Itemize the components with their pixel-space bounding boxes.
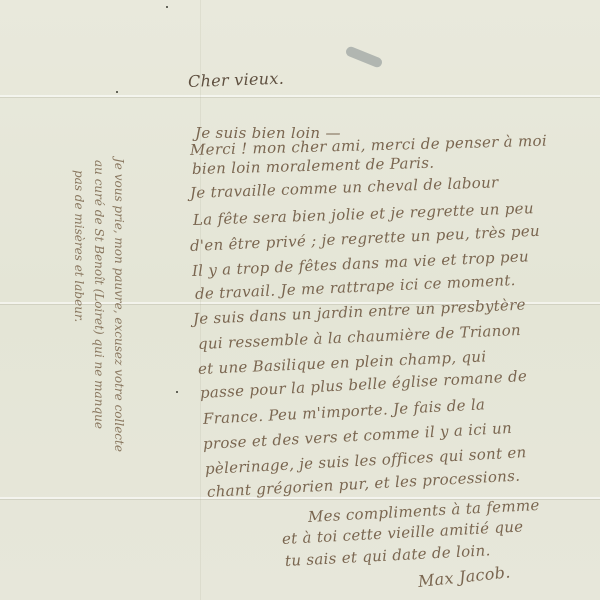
margin-note-line: pas de misères et labeur. (72, 170, 86, 322)
letter-line: Je travaille comme un cheval de labour (190, 173, 499, 202)
ink-stain (345, 45, 384, 69)
margin-note-line: Je vous prie, mon pauvre, excusez votre … (112, 158, 126, 452)
letter-signature: Max Jacob. (417, 562, 511, 591)
fold-line (0, 95, 600, 97)
margin-note-line: au curé de St Benoît (Loiret) qui ne man… (92, 160, 106, 429)
paper-speck (166, 6, 168, 8)
letter-greeting: Cher vieux. (188, 69, 285, 91)
letter-page: Cher vieux. Je suis bien loin — Merci ! … (0, 0, 600, 600)
paper-speck (176, 391, 178, 393)
paper-speck (116, 91, 118, 93)
